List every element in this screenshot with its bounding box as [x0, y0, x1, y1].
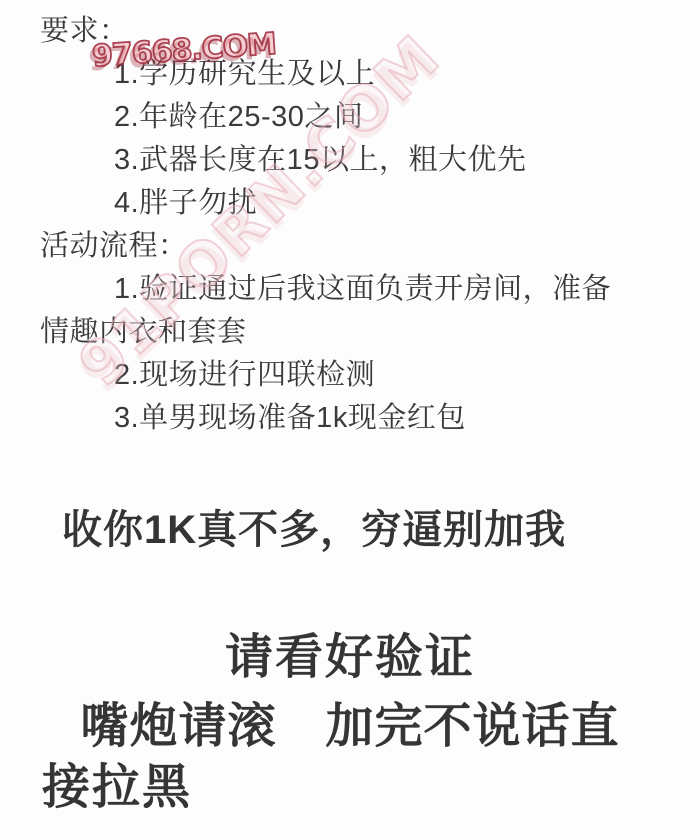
requirement-item-2: 2.年龄在25-30之间 — [0, 96, 700, 139]
requirement-item-4: 4.胖子勿扰 — [0, 182, 700, 225]
footer-line-warning: 嘴炮请滚 加完不说话直 — [0, 687, 700, 756]
footer-line-verify: 请看好验证 — [0, 618, 700, 687]
requirement-item-1: 1.学历研究生及以上 — [0, 53, 700, 96]
process-item-3: 3.单男现场准备1k现金红包 — [0, 397, 700, 440]
process-heading: 活动流程： — [0, 225, 700, 268]
process-item-1-line-1: 1.验证通过后我这面负责开房间，准备 — [0, 268, 700, 311]
requirement-item-3: 3.武器长度在15以上，粗大优先 — [0, 139, 700, 182]
footer-line-blacklist: 接拉黑 — [0, 748, 700, 817]
notice-image: 97668.COM 91PORN.COM 要求： 1.学历研究生及以上 2.年龄… — [0, 0, 700, 839]
process-item-2: 2.现场进行四联检测 — [0, 354, 700, 397]
price-emphasis-line: 收你1K真不多，穷逼别加我 — [62, 498, 566, 555]
process-item-1-line-2: 情趣内衣和套套 — [0, 311, 700, 354]
requirements-heading: 要求： — [0, 10, 700, 53]
notice-body: 要求： 1.学历研究生及以上 2.年龄在25-30之间 3.武器长度在15以上，… — [0, 10, 700, 440]
